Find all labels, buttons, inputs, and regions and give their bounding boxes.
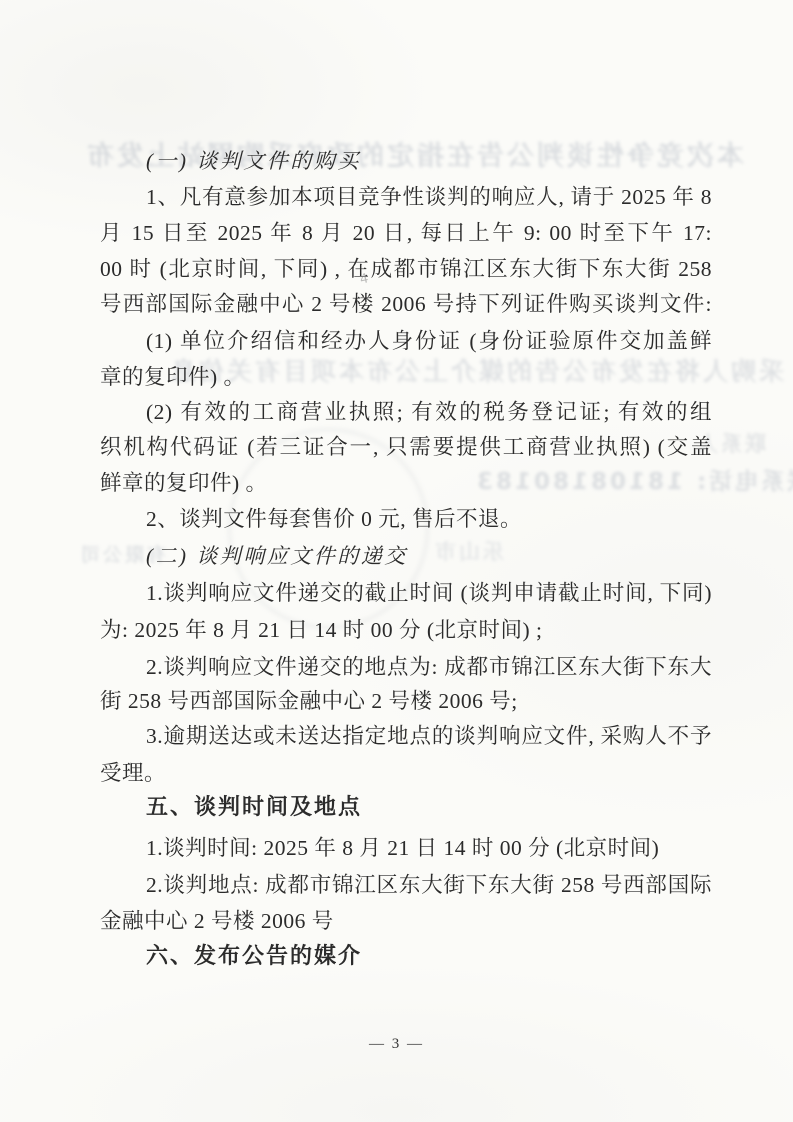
text-line: 月 15 日至 2025 年 8 月 20 日, 每日上午 9: 00 时至下午… [100, 218, 712, 250]
text-line: 街 258 号西部国际金融中心 2 号楼 2006 号; [100, 686, 712, 718]
text-line: 号西部国际金融中心 2 号楼 2006 号持下列证件购买谈判文件: [100, 289, 712, 321]
subsection-heading-submission: (二) 谈判响应文件的递交 [146, 541, 712, 573]
text-line: 鲜章的复印件) 。 [100, 468, 712, 500]
section-heading-time-place: 五、谈判时间及地点 [146, 793, 712, 825]
text-line: (1) 单位介绍信和经办人身份证 (身份证验原件交加盖鲜 [146, 326, 712, 358]
section-heading-media: 六、发布公告的媒介 [146, 942, 712, 974]
text-line: (2) 有效的工商营业执照; 有效的税务登记证; 有效的组 [146, 397, 712, 429]
scanned-document-page: { "page": { "number_label": "— 3 —" }, "… [0, 0, 793, 1122]
text-line: 2.谈判响应文件递交的地点为: 成都市锦江区东大街下东大 [146, 652, 712, 684]
text-line: 3.逾期送达或未送达指定地点的谈判响应文件, 采购人不予 [146, 721, 712, 753]
text-line: 1、凡有意参加本项目竞争性谈判的响应人, 请于 2025 年 8 [146, 182, 712, 214]
page-number: — 3 — [0, 1036, 793, 1053]
text-line: 金融中心 2 号楼 2006 号 [100, 906, 712, 938]
text-line: 受理。 [100, 758, 712, 790]
text-line: 1.谈判响应文件递交的截止时间 (谈判申请截止时间, 下同) [146, 578, 712, 610]
text-line: 章的复印件) 。 [100, 362, 712, 394]
text-line: 2.谈判地点: 成都市锦江区东大街下东大街 258 号西部国际 [146, 870, 712, 902]
text-line: 织机构代码证 (若三证合一, 只需要提供工商营业执照) (交盖 [100, 432, 712, 464]
text-line: 1.谈判时间: 2025 年 8 月 21 日 14 时 00 分 (北京时间) [146, 833, 712, 865]
text-line: 00 时 (北京时间, 下同) , 在成都市锦江区东大街下东大街 258 [100, 254, 712, 286]
text-line: 为: 2025 年 8 月 21 日 14 时 00 分 (北京时间) ; [100, 615, 712, 647]
subsection-heading-purchase: (一) 谈判文件的购买 [146, 146, 712, 178]
text-line: 2、谈判文件每套售价 0 元, 售后不退。 [146, 504, 712, 536]
